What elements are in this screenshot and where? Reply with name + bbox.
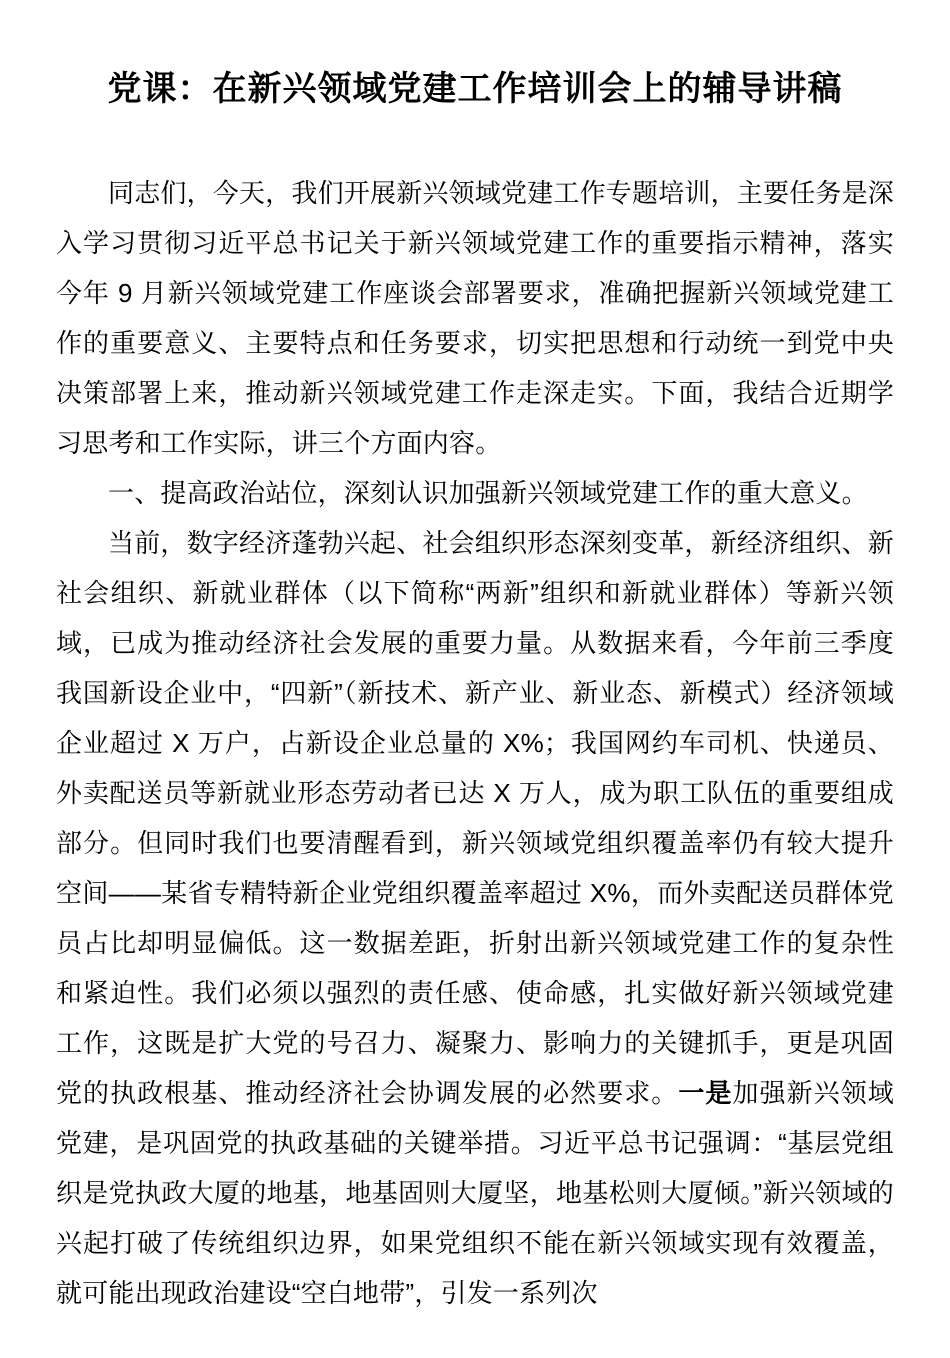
bold-text-run: 一是 [678, 1078, 732, 1108]
text-run: 同志们，今天，我们开展新兴领域党建工作专题培训，主要任务是深入学习贯彻习近平总书… [56, 178, 894, 458]
section-1-heading: 一、提高政治站位，深刻认识加强新兴领域党建工作的重大意义。 [56, 468, 894, 518]
document-body: 同志们，今天，我们开展新兴领域党建工作专题培训，主要任务是深入学习贯彻习近平总书… [56, 168, 894, 1318]
text-run: 当前，数字经济蓬勃兴起、社会组织形态深刻变革，新经济组织、新社会组织、新就业群体… [56, 528, 894, 1108]
document-page: 党课：在新兴领域党建工作培训会上的辅导讲稿 同志们，今天，我们开展新兴领域党建工… [0, 0, 950, 1358]
text-run: 一、提高政治站位，深刻认识加强新兴领域党建工作的重大意义。 [108, 478, 868, 508]
document-title: 党课：在新兴领域党建工作培训会上的辅导讲稿 [56, 66, 894, 112]
text-run: 加强新兴领域党建，是巩固党的执政基础的关键举措。习近平总书记强调：“基层党组织是… [56, 1078, 894, 1308]
intro-paragraph: 同志们，今天，我们开展新兴领域党建工作专题培训，主要任务是深入学习贯彻习近平总书… [56, 168, 894, 468]
section-1-paragraph: 当前，数字经济蓬勃兴起、社会组织形态深刻变革，新经济组织、新社会组织、新就业群体… [56, 518, 894, 1318]
